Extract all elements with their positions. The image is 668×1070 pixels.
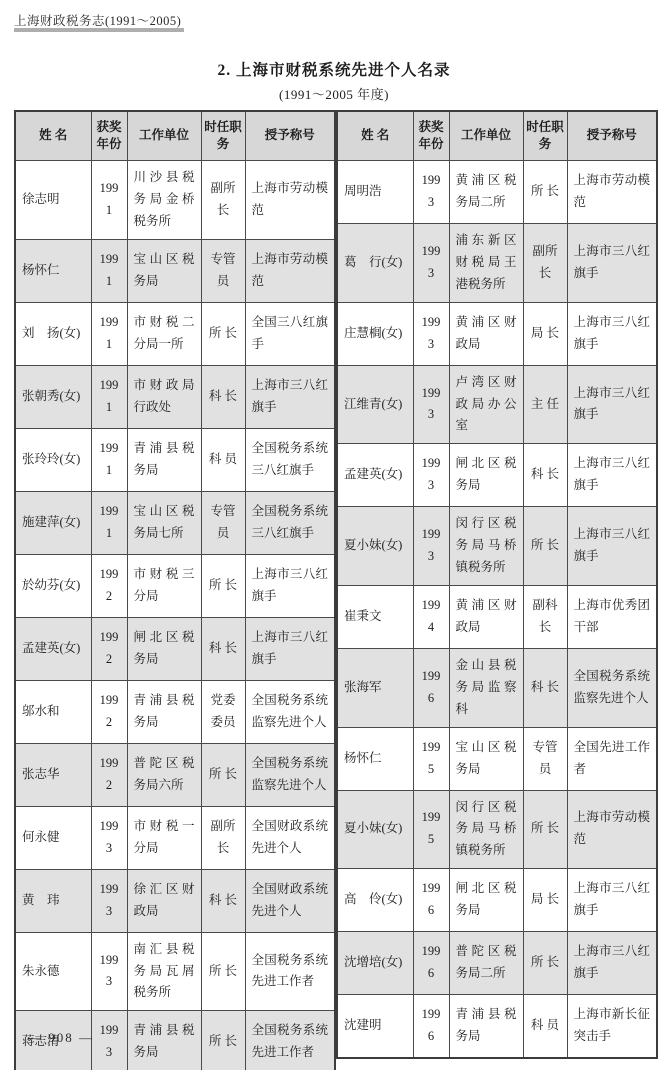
table-row: 刘 扬(女)1991市财税二分局一所所 长全国三八红旗手 — [15, 302, 335, 365]
cell-title: 全国税务系统监察先进个人 — [567, 648, 657, 727]
table-row: 崔秉文1994黄浦区财政局副科长上海市优秀团干部 — [337, 585, 657, 648]
cell-title: 上海市优秀团干部 — [567, 585, 657, 648]
cell-name: 朱永德 — [15, 932, 91, 1011]
cell-position: 所 长 — [201, 554, 245, 617]
cell-year: 1996 — [413, 932, 449, 995]
cell-name: 张海军 — [337, 648, 413, 727]
cell-name: 张玲玲(女) — [15, 428, 91, 491]
table-row: 徐志明1991川沙县税务局金桥税务所副所长上海市劳动模范 — [15, 161, 335, 240]
cell-name: 江维青(女) — [337, 365, 413, 444]
table-row: 沈增培(女)1996普陀区税务局二所所 长上海市三八红旗手 — [337, 932, 657, 995]
cell-unit: 闸北区税务局 — [127, 617, 201, 680]
cell-name: 黄 玮 — [15, 869, 91, 932]
cell-unit: 闵行区税务局马桥镇税务所 — [449, 790, 523, 869]
cell-position: 局 长 — [523, 869, 567, 932]
cell-year: 1993 — [91, 932, 127, 1011]
cell-year: 1992 — [91, 554, 127, 617]
cell-year: 1995 — [413, 790, 449, 869]
cell-unit: 卢湾区财政局办公室 — [449, 365, 523, 444]
cell-unit: 青浦县税务局 — [127, 680, 201, 743]
cell-title: 上海市三八红旗手 — [567, 365, 657, 444]
cell-name: 刘 扬(女) — [15, 302, 91, 365]
table-row: 孟建英(女)1993闸北区税务局科 长上海市三八红旗手 — [337, 444, 657, 507]
cell-title: 上海市劳动模范 — [567, 161, 657, 224]
roster-table-left: 姓 名 获奖年份 工作单位 时任职务 授予称号 徐志明1991川沙县税务局金桥税… — [14, 110, 336, 1070]
cell-name: 夏小妹(女) — [337, 507, 413, 586]
cell-position: 科 员 — [201, 428, 245, 491]
cell-title: 上海市三八红旗手 — [245, 365, 335, 428]
table-row: 张海军1996金山县税务局监察科科 长全国税务系统监察先进个人 — [337, 648, 657, 727]
cell-title: 上海市三八红旗手 — [245, 617, 335, 680]
cell-name: 夏小妹(女) — [337, 790, 413, 869]
cell-title: 全国税务系统先进工作者 — [245, 1011, 335, 1070]
cell-unit: 浦东新区财税局王港税务所 — [449, 224, 523, 303]
table-row: 张玲玲(女)1991青浦县税务局科 员全国税务系统三八红旗手 — [15, 428, 335, 491]
cell-name: 周明浩 — [337, 161, 413, 224]
cell-year: 1993 — [413, 444, 449, 507]
cell-name: 邬水和 — [15, 680, 91, 743]
cell-position: 副所长 — [201, 161, 245, 240]
col-header-position: 时任职务 — [523, 111, 567, 161]
cell-unit: 金山县税务局监察科 — [449, 648, 523, 727]
table-body-right: 周明浩1993黄浦区税务局二所所 长上海市劳动模范葛 行(女)1993浦东新区财… — [337, 161, 657, 1059]
cell-name: 庄慧榈(女) — [337, 302, 413, 365]
cell-year: 1991 — [91, 428, 127, 491]
cell-name: 杨怀仁 — [15, 239, 91, 302]
cell-year: 1993 — [413, 365, 449, 444]
cell-unit: 青浦县税务局 — [127, 1011, 201, 1070]
cell-title: 全国税务系统先进工作者 — [245, 932, 335, 1011]
cell-title: 全国税务系统监察先进个人 — [245, 743, 335, 806]
cell-position: 所 长 — [201, 743, 245, 806]
col-header-position: 时任职务 — [201, 111, 245, 161]
cell-name: 於幼芬(女) — [15, 554, 91, 617]
cell-position: 所 长 — [523, 161, 567, 224]
col-header-name: 姓 名 — [15, 111, 91, 161]
cell-position: 党委委员 — [201, 680, 245, 743]
cell-title: 上海市三八红旗手 — [567, 224, 657, 303]
cell-position: 专管员 — [523, 727, 567, 790]
cell-year: 1991 — [91, 161, 127, 240]
roster-tables: 姓 名 获奖年份 工作单位 时任职务 授予称号 徐志明1991川沙县税务局金桥税… — [14, 110, 658, 1070]
cell-name: 杨怀仁 — [337, 727, 413, 790]
header-underline-bar — [14, 28, 184, 32]
table-row: 夏小妹(女)1995闵行区税务局马桥镇税务所所 长上海市劳动模范 — [337, 790, 657, 869]
table-row: 周明浩1993黄浦区税务局二所所 长上海市劳动模范 — [337, 161, 657, 224]
cell-position: 主 任 — [523, 365, 567, 444]
table-row: 葛 行(女)1993浦东新区财税局王港税务所副所长上海市三八红旗手 — [337, 224, 657, 303]
cell-name: 何永健 — [15, 806, 91, 869]
col-header-title: 授予称号 — [245, 111, 335, 161]
cell-position: 所 长 — [523, 932, 567, 995]
cell-year: 1996 — [413, 995, 449, 1059]
cell-title: 全国税务系统三八红旗手 — [245, 428, 335, 491]
table-row: 黄 玮1993徐汇区财政局科 长全国财政系统先进个人 — [15, 869, 335, 932]
cell-position: 副所长 — [523, 224, 567, 303]
col-header-year: 获奖年份 — [413, 111, 449, 161]
cell-title: 上海市三八红旗手 — [245, 554, 335, 617]
cell-name: 施建萍(女) — [15, 491, 91, 554]
cell-position: 所 长 — [201, 1011, 245, 1070]
cell-position: 科 长 — [523, 648, 567, 727]
page-subtitle: (1991～2005 年度) — [0, 84, 668, 103]
table-row: 沈建明1996青浦县税务局科 员上海市新长征突击手 — [337, 995, 657, 1059]
cell-year: 1995 — [413, 727, 449, 790]
cell-unit: 徐汇区财政局 — [127, 869, 201, 932]
roster-table-right: 姓 名 获奖年份 工作单位 时任职务 授予称号 周明浩1993黄浦区税务局二所所… — [336, 110, 658, 1059]
page-number: — 908 — — [28, 1030, 94, 1046]
table-header-left: 姓 名 获奖年份 工作单位 时任职务 授予称号 — [15, 111, 335, 161]
cell-title: 全国先进工作者 — [567, 727, 657, 790]
table-row: 朱永德1993南汇县税务局瓦屑税务所所 长全国税务系统先进工作者 — [15, 932, 335, 1011]
cell-unit: 市财政局行政处 — [127, 365, 201, 428]
table-body-left: 徐志明1991川沙县税务局金桥税务所副所长上海市劳动模范杨怀仁1991宝山区税务… — [15, 161, 335, 1070]
table-row: 孟建英(女)1992闸北区税务局科 长上海市三八红旗手 — [15, 617, 335, 680]
cell-title: 上海市三八红旗手 — [567, 932, 657, 995]
cell-year: 1991 — [91, 302, 127, 365]
table-row: 邬水和1992青浦县税务局党委委员全国税务系统监察先进个人 — [15, 680, 335, 743]
cell-year: 1996 — [413, 869, 449, 932]
cell-title: 全国财政系统先进个人 — [245, 869, 335, 932]
cell-unit: 闸北区税务局 — [449, 444, 523, 507]
cell-year: 1991 — [91, 239, 127, 302]
cell-position: 所 长 — [201, 932, 245, 1011]
cell-name: 张朝秀(女) — [15, 365, 91, 428]
cell-year: 1992 — [91, 617, 127, 680]
cell-year: 1992 — [91, 743, 127, 806]
cell-year: 1991 — [91, 365, 127, 428]
cell-unit: 普陀区税务局二所 — [449, 932, 523, 995]
table-row: 夏小妹(女)1993闵行区税务局马桥镇税务所所 长上海市三八红旗手 — [337, 507, 657, 586]
cell-position: 局 长 — [523, 302, 567, 365]
cell-year: 1991 — [91, 491, 127, 554]
cell-title: 上海市劳动模范 — [245, 239, 335, 302]
scanned-book-page: { "header": { "book_title": "上海财政税务志(199… — [0, 0, 668, 1070]
cell-position: 科 长 — [201, 365, 245, 428]
cell-title: 上海市劳动模范 — [567, 790, 657, 869]
cell-name: 葛 行(女) — [337, 224, 413, 303]
cell-year: 1993 — [413, 224, 449, 303]
cell-position: 专管员 — [201, 491, 245, 554]
table-row: 庄慧榈(女)1993黄浦区财政局局 长上海市三八红旗手 — [337, 302, 657, 365]
table-row: 杨怀仁1995宝山区税务局专管员全国先进工作者 — [337, 727, 657, 790]
cell-unit: 市财税二分局一所 — [127, 302, 201, 365]
cell-unit: 闸北区税务局 — [449, 869, 523, 932]
cell-title: 上海市新长征突击手 — [567, 995, 657, 1059]
table-row: 江维青(女)1993卢湾区财政局办公室主 任上海市三八红旗手 — [337, 365, 657, 444]
cell-position: 副科长 — [523, 585, 567, 648]
cell-title: 上海市三八红旗手 — [567, 869, 657, 932]
cell-year: 1992 — [91, 680, 127, 743]
col-header-unit: 工作单位 — [127, 111, 201, 161]
cell-name: 徐志明 — [15, 161, 91, 240]
cell-title: 全国三八红旗手 — [245, 302, 335, 365]
cell-unit: 青浦县税务局 — [449, 995, 523, 1059]
cell-name: 崔秉文 — [337, 585, 413, 648]
cell-year: 1996 — [413, 648, 449, 727]
col-header-year: 获奖年份 — [91, 111, 127, 161]
cell-unit: 宝山区税务局 — [127, 239, 201, 302]
cell-title: 上海市三八红旗手 — [567, 444, 657, 507]
cell-name: 沈增培(女) — [337, 932, 413, 995]
cell-title: 上海市三八红旗手 — [567, 507, 657, 586]
cell-name: 张志华 — [15, 743, 91, 806]
cell-title: 全国财政系统先进个人 — [245, 806, 335, 869]
cell-unit: 黄浦区财政局 — [449, 302, 523, 365]
cell-title: 全国税务系统三八红旗手 — [245, 491, 335, 554]
cell-year: 1993 — [413, 507, 449, 586]
col-header-title: 授予称号 — [567, 111, 657, 161]
table-row: 高 伶(女)1996闸北区税务局局 长上海市三八红旗手 — [337, 869, 657, 932]
cell-position: 副所长 — [201, 806, 245, 869]
cell-year: 1994 — [413, 585, 449, 648]
page-title: 2. 上海市财税系统先进个人名录 — [0, 58, 668, 80]
cell-unit: 市财税一分局 — [127, 806, 201, 869]
cell-year: 1993 — [91, 1011, 127, 1070]
cell-unit: 闵行区税务局马桥镇税务所 — [449, 507, 523, 586]
cell-name: 沈建明 — [337, 995, 413, 1059]
cell-position: 科 长 — [523, 444, 567, 507]
table-row: 何永健1993市财税一分局副所长全国财政系统先进个人 — [15, 806, 335, 869]
cell-name: 孟建英(女) — [337, 444, 413, 507]
cell-year: 1993 — [413, 161, 449, 224]
cell-position: 科 长 — [201, 869, 245, 932]
cell-year: 1993 — [91, 869, 127, 932]
cell-unit: 普陀区税务局六所 — [127, 743, 201, 806]
cell-unit: 宝山区税务局 — [449, 727, 523, 790]
book-title-header: 上海财政税务志(1991～2005) — [14, 11, 181, 29]
col-header-unit: 工作单位 — [449, 111, 523, 161]
cell-name: 孟建英(女) — [15, 617, 91, 680]
cell-position: 所 长 — [523, 507, 567, 586]
cell-title: 上海市三八红旗手 — [567, 302, 657, 365]
cell-unit: 黄浦区税务局二所 — [449, 161, 523, 224]
cell-position: 科 长 — [201, 617, 245, 680]
cell-position: 所 长 — [523, 790, 567, 869]
cell-unit: 南汇县税务局瓦屑税务所 — [127, 932, 201, 1011]
table-row: 於幼芬(女)1992市财税三分局所 长上海市三八红旗手 — [15, 554, 335, 617]
cell-title: 全国税务系统监察先进个人 — [245, 680, 335, 743]
table-row: 张志华1992普陀区税务局六所所 长全国税务系统监察先进个人 — [15, 743, 335, 806]
col-header-name: 姓 名 — [337, 111, 413, 161]
cell-unit: 黄浦区财政局 — [449, 585, 523, 648]
cell-name: 高 伶(女) — [337, 869, 413, 932]
cell-position: 专管员 — [201, 239, 245, 302]
table-row: 施建萍(女)1991宝山区税务局七所专管员全国税务系统三八红旗手 — [15, 491, 335, 554]
cell-position: 所 长 — [201, 302, 245, 365]
cell-unit: 青浦县税务局 — [127, 428, 201, 491]
cell-unit: 宝山区税务局七所 — [127, 491, 201, 554]
cell-position: 科 员 — [523, 995, 567, 1059]
cell-year: 1993 — [91, 806, 127, 869]
cell-unit: 市财税三分局 — [127, 554, 201, 617]
table-row: 张朝秀(女)1991市财政局行政处科 长上海市三八红旗手 — [15, 365, 335, 428]
table-header-right: 姓 名 获奖年份 工作单位 时任职务 授予称号 — [337, 111, 657, 161]
cell-unit: 川沙县税务局金桥税务所 — [127, 161, 201, 240]
table-row: 杨怀仁1991宝山区税务局专管员上海市劳动模范 — [15, 239, 335, 302]
cell-year: 1993 — [413, 302, 449, 365]
cell-title: 上海市劳动模范 — [245, 161, 335, 240]
